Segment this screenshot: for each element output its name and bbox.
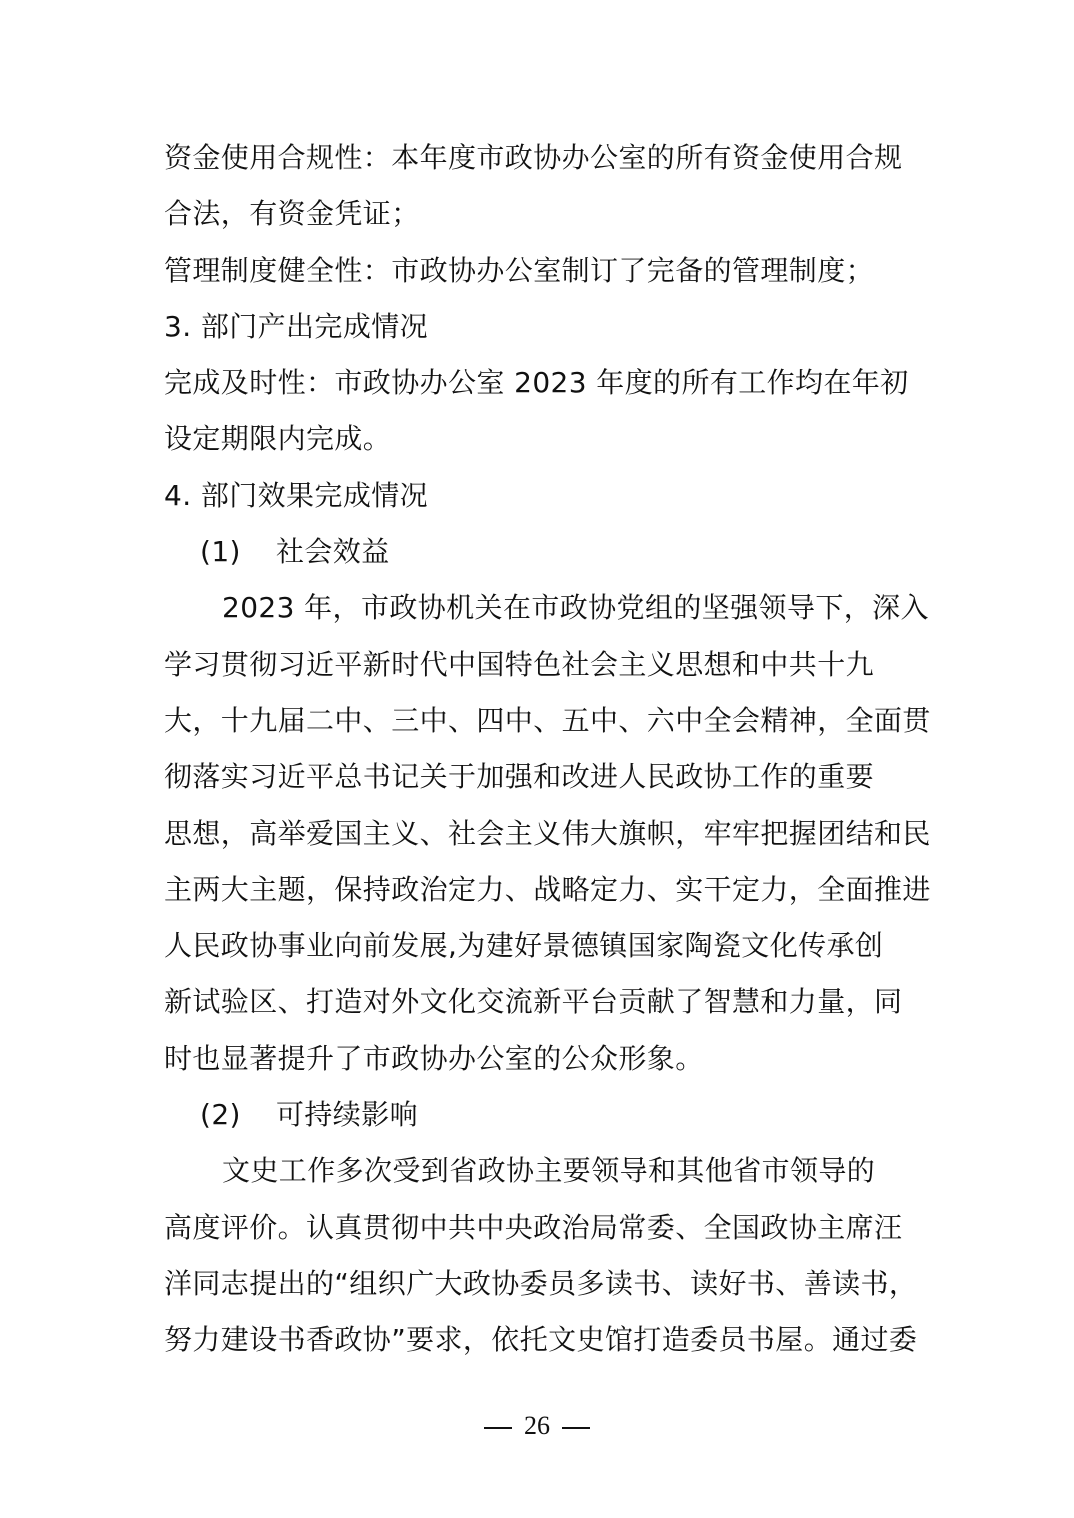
text-line: 努力建设书香政协”要求，依托文史馆打造委员书屋。通过委: [164, 1312, 914, 1368]
text-line: 合法，有资金凭证；: [164, 186, 914, 242]
document-page: 资金使用合规性：本年度市政协办公室的所有资金使用合规 合法，有资金凭证； 管理制…: [0, 0, 1074, 1518]
subsection-heading-2: (2)可持续影响: [164, 1087, 914, 1143]
text-line: 资金使用合规性：本年度市政协办公室的所有资金使用合规: [164, 130, 914, 186]
document-body: 资金使用合规性：本年度市政协办公室的所有资金使用合规 合法，有资金凭证； 管理制…: [164, 130, 914, 1369]
text-line: 洋同志提出的“组织广大政协委员多读书、读好书、善读书，: [164, 1256, 914, 1312]
text-line: 主两大主题，保持政治定力、战略定力、实干定力，全面推进: [164, 862, 914, 918]
subsection-title: 可持续影响: [276, 1098, 418, 1131]
text-line: 时也显著提升了市政协办公室的公众形象。: [164, 1031, 914, 1087]
text-line: 管理制度健全性：市政协办公室制订了完备的管理制度；: [164, 243, 914, 299]
paragraph-start: 2023 年，市政协机关在市政协党组的坚强领导下，深入: [164, 580, 914, 636]
section-heading-4: 4. 部门效果完成情况: [164, 468, 914, 524]
text-line: 大，十九届二中、三中、四中、五中、六中全会精神，全面贯: [164, 693, 914, 749]
dash-left: [484, 1427, 512, 1429]
text-line: 新试验区、打造对外文化交流新平台贡献了智慧和力量，同: [164, 974, 914, 1030]
page-number-footer: 26: [0, 1406, 1074, 1446]
subsection-title: 社会效益: [276, 535, 390, 568]
paragraph-start: 文史工作多次受到省政协主要领导和其他省市领导的: [164, 1143, 914, 1199]
dash-right: [562, 1427, 590, 1429]
page-number: 26: [524, 1411, 550, 1440]
subsection-number: (1): [200, 524, 276, 580]
text-line: 完成及时性：市政协办公室 2023 年度的所有工作均在年初: [164, 355, 914, 411]
text-line: 学习贯彻习近平新时代中国特色社会主义思想和中共十九: [164, 637, 914, 693]
text-line: 设定期限内完成。: [164, 411, 914, 467]
text-line: 思想，高举爱国主义、社会主义伟大旗帜，牢牢把握团结和民: [164, 806, 914, 862]
text-line: 人民政协事业向前发展,为建好景德镇国家陶瓷文化传承创: [164, 918, 914, 974]
text-line: 彻落实习近平总书记关于加强和改进人民政协工作的重要: [164, 749, 914, 805]
subsection-number: (2): [200, 1087, 276, 1143]
section-heading-3: 3. 部门产出完成情况: [164, 299, 914, 355]
subsection-heading-1: (1)社会效益: [164, 524, 914, 580]
text-line: 高度评价。认真贯彻中共中央政治局常委、全国政协主席汪: [164, 1200, 914, 1256]
